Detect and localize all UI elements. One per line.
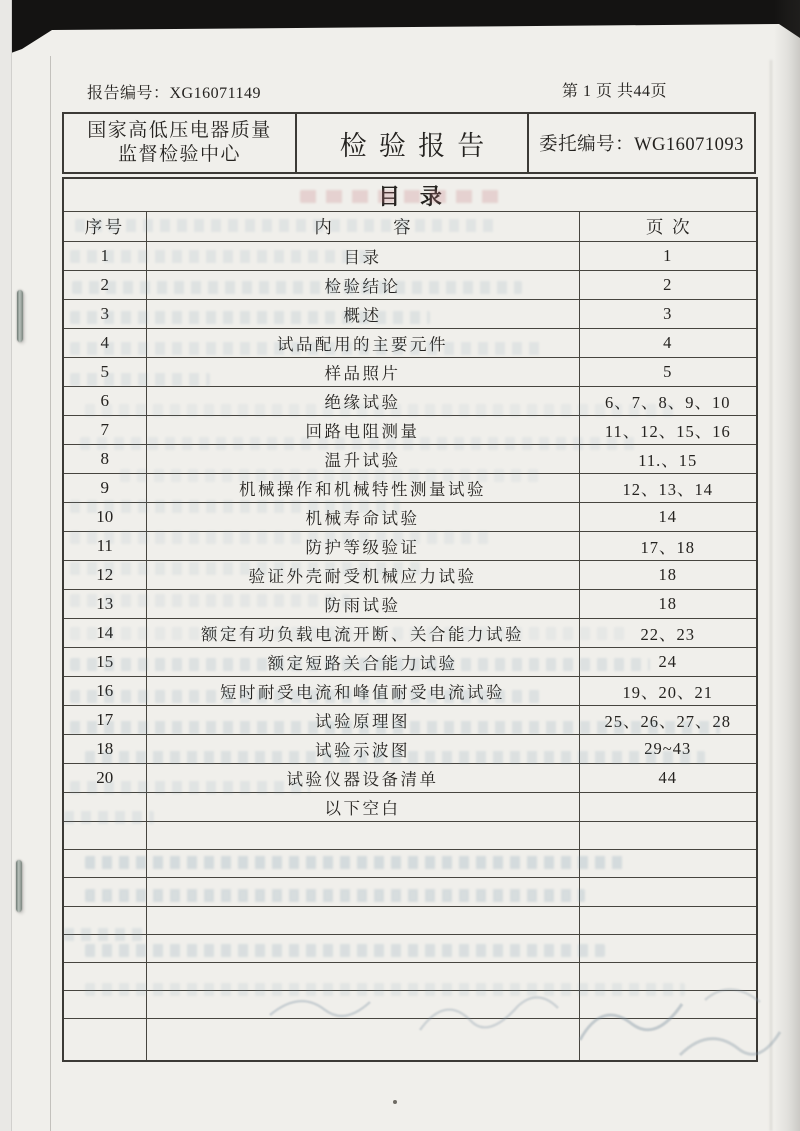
toc-cell-content: 试验示波图 — [146, 735, 579, 764]
toc-cell-serial: 11 — [63, 532, 146, 561]
toc-empty-cell — [579, 991, 757, 1019]
toc-cell-serial: 2 — [63, 271, 146, 300]
organization-name: 国家高低压电器质量 监督检验中心 — [64, 114, 297, 172]
page-indicator: 第 1 页 共44页 — [562, 78, 667, 101]
toc-cell-pages: 24 — [579, 648, 757, 677]
toc-row: 13防雨试验18 — [63, 590, 757, 619]
toc-cell-serial: 7 — [63, 416, 146, 445]
toc-empty-row — [63, 962, 757, 990]
toc-empty-cell — [63, 1019, 146, 1061]
toc-cell-pages: 19、20、21 — [579, 677, 757, 706]
toc-cell-pages: 18 — [579, 561, 757, 590]
toc-cell-content: 温升试验 — [146, 445, 579, 474]
toc-row: 以下空白 — [63, 793, 757, 822]
toc-empty-cell — [579, 934, 757, 962]
page-right-edge-shadow — [774, 0, 800, 1131]
report-number: 报告编号：XG16071149 — [87, 80, 261, 103]
toc-empty-row — [63, 991, 757, 1019]
column-header-content: 内容 — [146, 212, 579, 242]
toc-row: 5样品照片5 — [63, 358, 757, 387]
toc-empty-row — [63, 850, 757, 878]
toc-cell-content: 额定短路关合能力试验 — [146, 648, 579, 677]
toc-cell-serial: 20 — [63, 764, 146, 793]
toc-row: 20试验仪器设备清单44 — [63, 764, 757, 793]
toc-cell-pages: 29~43 — [579, 735, 757, 764]
organization-name-line2: 监督检验中心 — [118, 143, 241, 167]
toc-row: 15额定短路关合能力试验24 — [63, 648, 757, 677]
toc-cell-pages: 18 — [579, 590, 757, 619]
toc-row: 4试品配用的主要元件4 — [63, 329, 757, 358]
toc-cell-serial: 1 — [63, 242, 146, 271]
toc-cell-serial: 18 — [63, 735, 146, 764]
toc-cell-content: 试品配用的主要元件 — [146, 329, 579, 358]
toc-cell-pages: 11.、15 — [579, 445, 757, 474]
toc-cell-pages: 2 — [579, 271, 757, 300]
toc-row: 9机械操作和机械特性测量试验12、13、14 — [63, 474, 757, 503]
toc-cell-serial: 5 — [63, 358, 146, 387]
staple-bottom — [16, 860, 22, 912]
toc-cell-pages: 25、26、27、28 — [579, 706, 757, 735]
toc-cell-content: 试验仪器设备清单 — [146, 764, 579, 793]
toc-empty-cell — [63, 822, 146, 850]
toc-cell-content: 样品照片 — [146, 358, 579, 387]
toc-empty-cell — [146, 878, 579, 906]
toc-cell-content: 检验结论 — [146, 271, 579, 300]
toc-cell-content: 以下空白 — [146, 793, 579, 822]
toc-cell-serial: 10 — [63, 503, 146, 532]
toc-cell-pages: 4 — [579, 329, 757, 358]
toc-cell-content: 试验原理图 — [146, 706, 579, 735]
toc-empty-cell — [146, 1019, 579, 1061]
toc-body: 目录 序号 内容 页次 1目录12检验结论23概述34试品配用的主要元件45样品… — [63, 178, 757, 1061]
toc-cell-pages: 22、23 — [579, 619, 757, 648]
toc-empty-cell — [579, 1019, 757, 1061]
organization-name-line1: 国家高低压电器质量 — [87, 119, 272, 143]
toc-empty-cell — [63, 934, 146, 962]
toc-cell-serial: 6 — [63, 387, 146, 416]
page-stack-edge — [50, 56, 51, 1131]
toc-empty-cell — [579, 906, 757, 934]
toc-cell-pages: 12、13、14 — [579, 474, 757, 503]
toc-row: 2检验结论2 — [63, 271, 757, 300]
column-header-pages: 页次 — [579, 212, 757, 242]
toc-empty-row — [63, 906, 757, 934]
scanned-report-page: 报告编号：XG16071149 第 1 页 共44页 国家高低压电器质量 监督检… — [0, 0, 800, 1131]
toc-empty-cell — [579, 850, 757, 878]
page-top-line: 报告编号：XG16071149 第 1 页 共44页 — [0, 80, 800, 102]
toc-cell-content: 防护等级验证 — [146, 532, 579, 561]
toc-row: 3概述3 — [63, 300, 757, 329]
toc-empty-cell — [579, 878, 757, 906]
toc-empty-cell — [146, 822, 579, 850]
toc-cell-serial: 14 — [63, 619, 146, 648]
toc-cell-serial: 4 — [63, 329, 146, 358]
toc-cell-pages: 14 — [579, 503, 757, 532]
toc-row: 16短时耐受电流和峰值耐受电流试验19、20、21 — [63, 677, 757, 706]
toc-cell-pages: 6、7、8、9、10 — [579, 387, 757, 416]
toc-empty-cell — [63, 962, 146, 990]
toc-title: 目录 — [63, 178, 757, 212]
toc-row: 17试验原理图25、26、27、28 — [63, 706, 757, 735]
toc-cell-serial: 16 — [63, 677, 146, 706]
toc-cell-content: 额定有功负载电流开断、关合能力试验 — [146, 619, 579, 648]
toc-empty-cell — [63, 878, 146, 906]
toc-row: 1目录1 — [63, 242, 757, 271]
toc-empty-cell — [579, 822, 757, 850]
toc-cell-content: 目录 — [146, 242, 579, 271]
toc-row: 18试验示波图29~43 — [63, 735, 757, 764]
document-title: 检验报告 — [297, 114, 529, 172]
toc-empty-cell — [146, 962, 579, 990]
toc-empty-cell — [146, 991, 579, 1019]
toc-empty-row — [63, 1019, 757, 1061]
toc-empty-cell — [63, 906, 146, 934]
toc-cell-serial: 9 — [63, 474, 146, 503]
toc-cell-serial: 3 — [63, 300, 146, 329]
scan-speck — [393, 1100, 397, 1104]
toc-title-row: 目录 — [63, 178, 757, 212]
toc-cell-serial — [63, 793, 146, 822]
toc-empty-row — [63, 878, 757, 906]
toc-empty-cell — [146, 934, 579, 962]
toc-empty-row — [63, 822, 757, 850]
toc-row: 14额定有功负载电流开断、关合能力试验22、23 — [63, 619, 757, 648]
toc-cell-pages: 44 — [579, 764, 757, 793]
toc-row: 10机械寿命试验14 — [63, 503, 757, 532]
commission-number: 委托编号：WG16071093 — [529, 114, 754, 172]
toc-cell-serial: 17 — [63, 706, 146, 735]
toc-cell-content: 机械操作和机械特性测量试验 — [146, 474, 579, 503]
toc-cell-serial: 8 — [63, 445, 146, 474]
column-header-serial: 序号 — [63, 212, 146, 242]
toc-row: 8温升试验11.、15 — [63, 445, 757, 474]
toc-empty-row — [63, 934, 757, 962]
toc-cell-pages: 1 — [579, 242, 757, 271]
toc-row: 12验证外壳耐受机械应力试验18 — [63, 561, 757, 590]
toc-row: 7回路电阻测量11、12、15、16 — [63, 416, 757, 445]
table-of-contents: 目录 序号 内容 页次 1目录12检验结论23概述34试品配用的主要元件45样品… — [62, 177, 756, 1062]
toc-empty-cell — [146, 850, 579, 878]
toc-cell-serial: 15 — [63, 648, 146, 677]
toc-cell-pages: 11、12、15、16 — [579, 416, 757, 445]
toc-cell-content: 验证外壳耐受机械应力试验 — [146, 561, 579, 590]
toc-empty-cell — [63, 991, 146, 1019]
toc-empty-cell — [63, 850, 146, 878]
report-header-box: 国家高低压电器质量 监督检验中心 检验报告 委托编号：WG16071093 — [62, 112, 756, 174]
toc-cell-content: 防雨试验 — [146, 590, 579, 619]
toc-cell-content: 绝缘试验 — [146, 387, 579, 416]
toc-cell-pages — [579, 793, 757, 822]
paper-fold-line — [770, 60, 772, 1131]
toc-row: 6绝缘试验6、7、8、9、10 — [63, 387, 757, 416]
toc-cell-content: 概述 — [146, 300, 579, 329]
toc-cell-serial: 13 — [63, 590, 146, 619]
toc-cell-content: 机械寿命试验 — [146, 503, 579, 532]
toc-cell-content: 回路电阻测量 — [146, 416, 579, 445]
toc-cell-pages: 5 — [579, 358, 757, 387]
toc-row: 11防护等级验证17、18 — [63, 532, 757, 561]
toc-table: 目录 序号 内容 页次 1目录12检验结论23概述34试品配用的主要元件45样品… — [62, 177, 758, 1062]
toc-cell-pages: 3 — [579, 300, 757, 329]
toc-cell-serial: 12 — [63, 561, 146, 590]
staple-top — [17, 290, 23, 342]
scanner-background-band — [0, 0, 800, 60]
toc-cell-content: 短时耐受电流和峰值耐受电流试验 — [146, 677, 579, 706]
scan-left-edge-strip — [0, 0, 12, 1131]
toc-column-header-row: 序号 内容 页次 — [63, 212, 757, 242]
toc-empty-cell — [146, 906, 579, 934]
toc-empty-cell — [579, 962, 757, 990]
toc-cell-pages: 17、18 — [579, 532, 757, 561]
